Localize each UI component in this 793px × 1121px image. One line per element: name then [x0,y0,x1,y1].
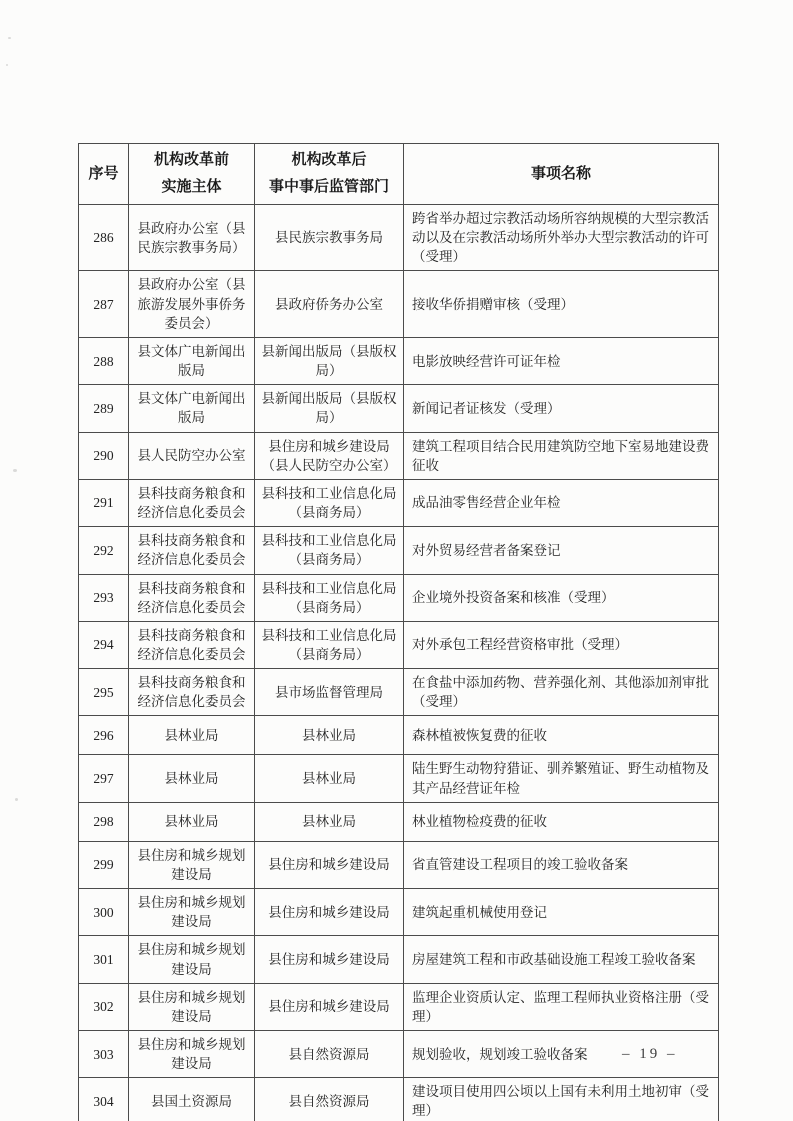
cell-post-reform-supervisor: 县自然资源局 [255,1078,404,1121]
cell-pre-reform-implementer: 县文体广电新闻出版局 [129,385,255,432]
cell-pre-reform-implementer: 县住房和城乡规划建设局 [129,889,255,936]
cell-item-name: 森林植被恢复费的征收 [404,716,719,755]
table-header: 序号 机构改革前 实施主体 机构改革后 事中事后监管部门 事项名称 [79,144,719,205]
cell-serial-number: 294 [79,621,129,668]
cell-serial-number: 295 [79,669,129,716]
col-header-post-reform-supervisor: 机构改革后 事中事后监管部门 [255,144,404,205]
cell-item-name: 对外贸易经营者备案登记 [404,527,719,574]
regulatory-items-table: 序号 机构改革前 实施主体 机构改革后 事中事后监管部门 事项名称 286 县政… [78,143,719,1121]
cell-pre-reform-implementer: 县科技商务粮食和经济信息化委员会 [129,479,255,526]
table-row: 291 县科技商务粮食和经济信息化委员会 县科技和工业信息化局（县商务局） 成品… [79,479,719,526]
cell-item-name: 建设项目使用四公顷以上国有未利用土地初审（受理） [404,1078,719,1121]
cell-pre-reform-implementer: 县住房和城乡规划建设局 [129,936,255,983]
table-body: 286 县政府办公室（县民族宗教事务局） 县民族宗教事务局 跨省举办超过宗教活动… [79,205,719,1121]
table-row: 286 县政府办公室（县民族宗教事务局） 县民族宗教事务局 跨省举办超过宗教活动… [79,205,719,271]
cell-post-reform-supervisor: 县住房和城乡建设局 [255,841,404,888]
table-row: 299 县住房和城乡规划建设局 县住房和城乡建设局 省直管建设工程项目的竣工验收… [79,841,719,888]
cell-serial-number: 300 [79,889,129,936]
cell-post-reform-supervisor: 县科技和工业信息化局（县商务局） [255,527,404,574]
table-row: 287 县政府办公室（县旅游发展外事侨务委员会） 县政府侨务办公室 接收华侨捐赠… [79,271,719,337]
cell-pre-reform-implementer: 县政府办公室（县旅游发展外事侨务委员会） [129,271,255,337]
table-row: 294 县科技商务粮食和经济信息化委员会 县科技和工业信息化局（县商务局） 对外… [79,621,719,668]
page-number: – 19 – [622,1046,678,1063]
cell-pre-reform-implementer: 县林业局 [129,755,255,802]
cell-post-reform-supervisor: 县科技和工业信息化局（县商务局） [255,621,404,668]
cell-post-reform-supervisor: 县林业局 [255,716,404,755]
cell-pre-reform-implementer: 县林业局 [129,716,255,755]
cell-pre-reform-implementer: 县科技商务粮食和经济信息化委员会 [129,621,255,668]
cell-item-name: 省直管建设工程项目的竣工验收备案 [404,841,719,888]
cell-post-reform-supervisor: 县住房和城乡建设局 [255,983,404,1030]
cell-item-name: 成品油零售经营企业年检 [404,479,719,526]
cell-pre-reform-implementer: 县林业局 [129,802,255,841]
table-header-row: 序号 机构改革前 实施主体 机构改革后 事中事后监管部门 事项名称 [79,144,719,205]
cell-item-name: 林业植物检疫费的征收 [404,802,719,841]
table-row: 298 县林业局 县林业局 林业植物检疫费的征收 [79,802,719,841]
cell-pre-reform-implementer: 县住房和城乡规划建设局 [129,841,255,888]
cell-serial-number: 301 [79,936,129,983]
cell-post-reform-supervisor: 县民族宗教事务局 [255,205,404,271]
cell-item-name: 房屋建筑工程和市政基础设施工程竣工验收备案 [404,936,719,983]
col-header-item-name: 事项名称 [404,144,719,205]
cell-serial-number: 298 [79,802,129,841]
cell-post-reform-supervisor: 县政府侨务办公室 [255,271,404,337]
cell-item-name: 对外承包工程经营资格审批（受理） [404,621,719,668]
cell-post-reform-supervisor: 县新闻出版局（县版权局） [255,337,404,384]
cell-pre-reform-implementer: 县住房和城乡规划建设局 [129,1031,255,1078]
cell-serial-number: 292 [79,527,129,574]
cell-post-reform-supervisor: 县林业局 [255,755,404,802]
cell-serial-number: 288 [79,337,129,384]
cell-item-name: 建筑起重机械使用登记 [404,889,719,936]
cell-item-name: 新闻记者证核发（受理） [404,385,719,432]
cell-serial-number: 290 [79,432,129,479]
cell-serial-number: 286 [79,205,129,271]
cell-post-reform-supervisor: 县林业局 [255,802,404,841]
table-row: 296 县林业局 县林业局 森林植被恢复费的征收 [79,716,719,755]
cell-pre-reform-implementer: 县政府办公室（县民族宗教事务局） [129,205,255,271]
col-header-serial-number: 序号 [79,144,129,205]
cell-post-reform-supervisor: 县市场监督管理局 [255,669,404,716]
cell-pre-reform-implementer: 县国土资源局 [129,1078,255,1121]
cell-item-name: 在食盐中添加药物、营养强化剂、其他添加剂审批（受理） [404,669,719,716]
table-row: 288 县文体广电新闻出版局 县新闻出版局（县版权局） 电影放映经营许可证年检 [79,337,719,384]
cell-post-reform-supervisor: 县住房和城乡建设局（县人民防空办公室） [255,432,404,479]
cell-serial-number: 289 [79,385,129,432]
cell-pre-reform-implementer: 县科技商务粮食和经济信息化委员会 [129,527,255,574]
cell-pre-reform-implementer: 县人民防空办公室 [129,432,255,479]
cell-serial-number: 302 [79,983,129,1030]
table-row: 292 县科技商务粮食和经济信息化委员会 县科技和工业信息化局（县商务局） 对外… [79,527,719,574]
cell-item-name: 跨省举办超过宗教活动场所容纳规模的大型宗教活动以及在宗教活动场所外举办大型宗教活… [404,205,719,271]
document-page: 序号 机构改革前 实施主体 机构改革后 事中事后监管部门 事项名称 286 县政… [0,0,793,1121]
cell-pre-reform-implementer: 县科技商务粮食和经济信息化委员会 [129,669,255,716]
table-row: 302 县住房和城乡规划建设局 县住房和城乡建设局 监理企业资质认定、监理工程师… [79,983,719,1030]
cell-pre-reform-implementer: 县文体广电新闻出版局 [129,337,255,384]
cell-post-reform-supervisor: 县住房和城乡建设局 [255,936,404,983]
col-header-pre-reform-implementer: 机构改革前 实施主体 [129,144,255,205]
scan-speck [15,798,18,801]
scan-speck [6,64,8,66]
table-row: 304 县国土资源局 县自然资源局 建设项目使用四公顷以上国有未利用土地初审（受… [79,1078,719,1121]
cell-item-name: 建筑工程项目结合民用建筑防空地下室易地建设费征收 [404,432,719,479]
cell-serial-number: 303 [79,1031,129,1078]
cell-serial-number: 297 [79,755,129,802]
table-row: 295 县科技商务粮食和经济信息化委员会 县市场监督管理局 在食盐中添加药物、营… [79,669,719,716]
cell-post-reform-supervisor: 县自然资源局 [255,1031,404,1078]
cell-serial-number: 287 [79,271,129,337]
cell-post-reform-supervisor: 县科技和工业信息化局（县商务局） [255,479,404,526]
cell-serial-number: 296 [79,716,129,755]
cell-serial-number: 299 [79,841,129,888]
table-row: 300 县住房和城乡规划建设局 县住房和城乡建设局 建筑起重机械使用登记 [79,889,719,936]
cell-item-name: 接收华侨捐赠审核（受理） [404,271,719,337]
cell-serial-number: 291 [79,479,129,526]
table-row: 293 县科技商务粮食和经济信息化委员会 县科技和工业信息化局（县商务局） 企业… [79,574,719,621]
cell-post-reform-supervisor: 县科技和工业信息化局（县商务局） [255,574,404,621]
cell-item-name: 陆生野生动物狩猎证、驯养繁殖证、野生动植物及其产品经营证年检 [404,755,719,802]
cell-pre-reform-implementer: 县科技商务粮食和经济信息化委员会 [129,574,255,621]
cell-serial-number: 293 [79,574,129,621]
table-row: 289 县文体广电新闻出版局 县新闻出版局（县版权局） 新闻记者证核发（受理） [79,385,719,432]
cell-item-name: 电影放映经营许可证年检 [404,337,719,384]
cell-pre-reform-implementer: 县住房和城乡规划建设局 [129,983,255,1030]
table-row: 301 县住房和城乡规划建设局 县住房和城乡建设局 房屋建筑工程和市政基础设施工… [79,936,719,983]
scan-speck [8,37,11,39]
cell-post-reform-supervisor: 县住房和城乡建设局 [255,889,404,936]
cell-item-name: 企业境外投资备案和核准（受理） [404,574,719,621]
table-row: 290 县人民防空办公室 县住房和城乡建设局（县人民防空办公室） 建筑工程项目结… [79,432,719,479]
cell-serial-number: 304 [79,1078,129,1121]
cell-item-name: 监理企业资质认定、监理工程师执业资格注册（受理） [404,983,719,1030]
cell-post-reform-supervisor: 县新闻出版局（县版权局） [255,385,404,432]
scan-speck [13,469,17,472]
table-row: 297 县林业局 县林业局 陆生野生动物狩猎证、驯养繁殖证、野生动植物及其产品经… [79,755,719,802]
